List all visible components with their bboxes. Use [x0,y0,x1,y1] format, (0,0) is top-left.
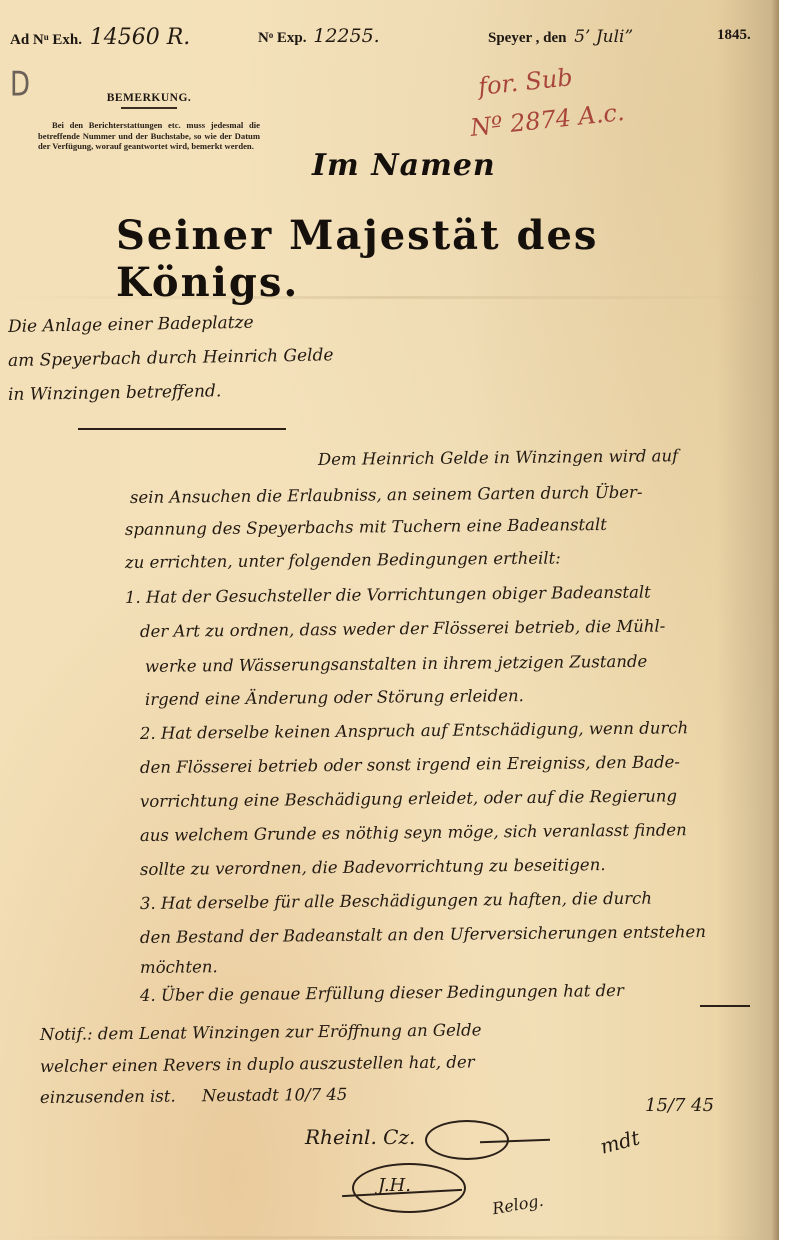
exp-block: Nᵒ Exp. 12255. [258,25,380,47]
continuation-rule [700,1005,750,1007]
footer-line: einzusenden ist. Neustadt 10/7 45 [40,1085,348,1107]
exp-value: 12255. [313,25,379,47]
header-line: Ad Nᵘ Exh. 14560 R. [10,25,190,50]
date-mark: 15/7 45 [645,1095,714,1116]
subject-line: Die Anlage einer Badeplatze [8,304,334,344]
body-line: 3. Hat derselbe für alle Beschädigungen … [140,889,652,913]
date-mark-prefix: mdt [598,1125,643,1158]
footer-line: welcher einen Revers in duplo auszustell… [40,1052,475,1076]
subject-rule [78,428,286,430]
body-line: 1. Hat der Gesuchsteller die Vorrichtung… [125,582,651,607]
body-line: sein Ansuchen die Erlaubniss, an seinem … [130,483,643,507]
body-line: Dem Heinrich Gelde in Winzingen wird auf [318,446,678,469]
ad-exh-label: Ad Nᵘ Exh. [10,32,82,48]
heading-im-namen: Im Namen [312,148,496,183]
body-line: den Bestand der Badeanstalt an den Uferv… [140,922,706,947]
body-line: 4. Über die genaue Erfüllung dieser Bedi… [140,981,624,1005]
date-value: 5’ Juli” [574,27,633,47]
paper-fold [0,1236,779,1239]
body-line: den Flösserei betrieb oder sonst irgend … [140,752,680,777]
body-line: spannung des Speyerbachs mit Tuchern ein… [125,515,607,539]
body-line: zu errichten, unter folgenden Bedingunge… [125,548,561,572]
subject-line: am Speyerbach durch Heinrich Gelde [8,338,334,378]
body-line: irgend eine Änderung oder Störung erleid… [145,686,524,709]
signature-3: Relog. [491,1191,545,1219]
subject-block: Die Anlage einer Badeplatze am Speyerbac… [8,310,334,412]
year: 1845. [717,27,751,44]
exp-label: Nᵒ Exp. [258,30,306,46]
red-annotation-line1: for. Sub [477,63,574,101]
footer-line: Notif.: dem Lenat Winzingen zur Eröffnun… [40,1020,482,1044]
body-line: 2. Hat derselbe keinen Anspruch auf Ents… [140,718,688,743]
document-page: Ad Nᵘ Exh. 14560 R. Nᵒ Exp. 12255. Speye… [0,0,779,1240]
body-line: möchten. [140,957,218,977]
subject-line: in Winzingen betreffend. [8,372,334,412]
body-line: der Art zu ordnen, dass weder der Flösse… [140,616,665,640]
body-line: sollte zu verordnen, die Badevorrichtung… [140,855,606,879]
body-line: vorrichtung eine Beschädigung erleidet, … [140,786,677,811]
margin-mark-icon: D [10,66,30,105]
bemerkung-rule [121,107,177,109]
heading-majestaet: Seiner Majestät des Königs. [116,212,779,306]
red-annotation-line2: Nº 2874 A.c. [469,98,626,142]
bemerkung-text: Bei den Berichterstattungen etc. muss je… [38,120,260,152]
place-label: Speyer , den [488,30,566,46]
body-line: werke und Wässerungsanstalten in ihrem j… [145,652,647,676]
signature-1: Rheinl. Cz. [305,1125,415,1149]
body-line: aus welchem Grunde es nöthig seyn möge, … [140,820,687,845]
bemerkung-box: BEMERKUNG. Bei den Berichterstattungen e… [38,92,260,152]
place-date: Speyer , den 5’ Juli” [488,27,633,47]
ad-exh-value: 14560 R. [90,25,191,50]
bemerkung-title: BEMERKUNG. [38,92,260,104]
